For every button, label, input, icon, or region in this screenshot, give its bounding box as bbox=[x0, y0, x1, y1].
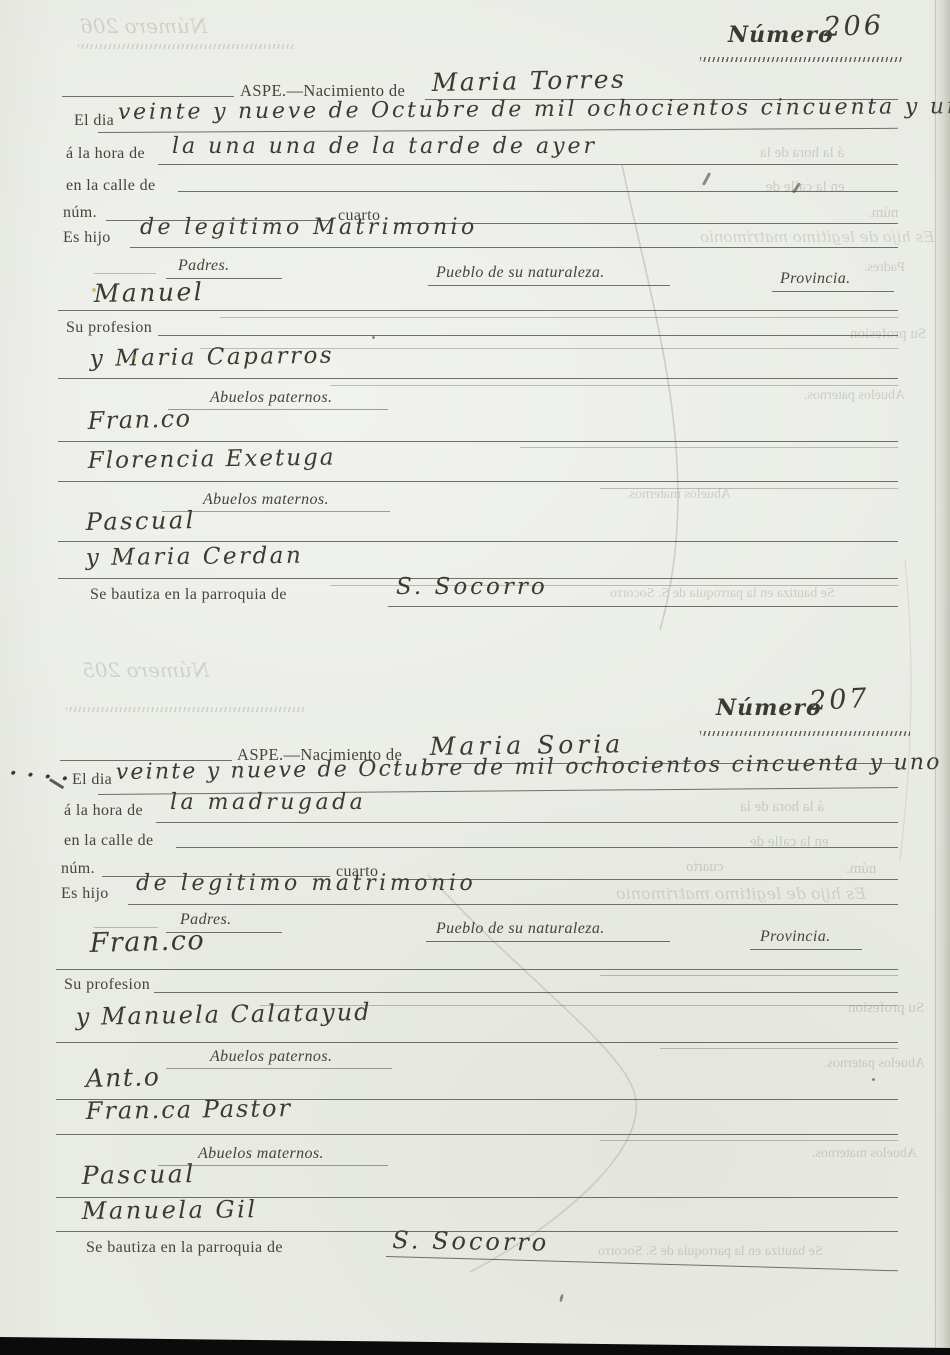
ghost-squiggle bbox=[66, 707, 304, 712]
ghost-squiggle bbox=[78, 44, 296, 49]
bleedthrough-text: Se bautiza en la parroquia de S. Socorro bbox=[598, 1244, 823, 1260]
ruled-line bbox=[600, 1140, 898, 1141]
record1-abuela-paterna-value: Florencia Exetuga bbox=[88, 445, 336, 474]
num-label: núm. bbox=[63, 204, 97, 222]
record1-padre-value: Manuel bbox=[93, 277, 204, 308]
pueblo-header: Pueblo de su naturaleza. bbox=[436, 264, 605, 282]
ruled-line bbox=[750, 949, 862, 950]
bleedthrough-text: Abuelos maternos. bbox=[626, 487, 731, 503]
ruled-line bbox=[58, 481, 898, 482]
record1-abuela-materna-value: y Maria Cerdan bbox=[86, 543, 304, 571]
ruled-line bbox=[168, 409, 388, 410]
ruled-line bbox=[600, 975, 898, 976]
bleedthrough-text: Número 205 bbox=[82, 658, 209, 682]
ruled-line bbox=[58, 310, 898, 311]
a-la-hora-label: á la hora de bbox=[64, 802, 143, 820]
abuelos-maternos-header: Abuelos maternos. bbox=[203, 491, 329, 509]
record1-numero-value: 206 bbox=[823, 10, 885, 43]
a-la-hora-label: á la hora de bbox=[66, 145, 145, 163]
record1-hijo-de-value: de legitimo Matrimonio bbox=[140, 215, 478, 240]
record1-dia-value: veinte y nueve de Octubre de mil ochocie… bbox=[118, 94, 950, 125]
su-profesion-label: Su profesion bbox=[66, 319, 152, 337]
record2-abuela-materna-value: Manuela Gil bbox=[82, 1195, 258, 1225]
se-bautiza-label: Se bautiza en la parroquia de bbox=[86, 1239, 283, 1257]
ruled-line bbox=[220, 317, 898, 318]
record2-parroquia-value: S. Socorro bbox=[392, 1226, 549, 1257]
numero-underline bbox=[700, 57, 902, 62]
ruled-line bbox=[56, 1042, 898, 1043]
abuelos-paternos-header: Abuelos paternos. bbox=[210, 1048, 332, 1066]
record2-abuelo-materno-value: Pascual bbox=[81, 1159, 195, 1190]
ruled-line bbox=[162, 511, 390, 512]
record1-parroquia-value: S. Socorro bbox=[396, 574, 548, 600]
record1-nombre-value: Maria Torres bbox=[431, 65, 626, 97]
ruled-line bbox=[56, 969, 898, 970]
ruled-line bbox=[58, 541, 898, 542]
provincia-header: Provincia. bbox=[780, 270, 851, 288]
es-hijo-label: Es hijo bbox=[63, 229, 111, 247]
ink-speck bbox=[559, 1294, 564, 1303]
record2-abuelo-paterno-value: Ant.o bbox=[85, 1062, 160, 1093]
ruled-line bbox=[128, 904, 898, 905]
ruled-line bbox=[58, 441, 898, 442]
ruled-line bbox=[176, 847, 898, 848]
bleedthrough-text: Es hijo de legitimo matrimonio bbox=[616, 884, 866, 903]
bleedthrough-text: á la hora de la bbox=[760, 145, 844, 162]
record1-hora-value: la una una de la tarde de ayer bbox=[172, 134, 597, 159]
bleedthrough-text: á la hora de la bbox=[740, 799, 824, 816]
num-label: núm. bbox=[61, 860, 95, 878]
ruled-line bbox=[428, 285, 670, 286]
ruled-line bbox=[158, 335, 898, 336]
record2-numero-value: 207 bbox=[808, 683, 870, 717]
ruled-line bbox=[330, 385, 898, 386]
ruled-line bbox=[56, 1134, 898, 1135]
bleedthrough-text: Abuelos maternos. bbox=[812, 1146, 917, 1162]
provincia-header: Provincia. bbox=[760, 928, 831, 946]
padres-header: Padres. bbox=[178, 257, 230, 275]
ruled-line bbox=[178, 191, 898, 192]
bleedthrough-text: en la calle de bbox=[750, 834, 829, 851]
ruled-line bbox=[62, 96, 234, 97]
bleedthrough-text: Es hijo de legitimo matrimonio bbox=[700, 228, 934, 246]
es-hijo-label: Es hijo bbox=[61, 885, 109, 903]
ruled-line bbox=[130, 247, 898, 248]
numero-underline bbox=[700, 731, 910, 736]
ink-speck bbox=[872, 1078, 875, 1081]
el-dia-label: El dia bbox=[74, 112, 114, 130]
scanner-background-bottom bbox=[0, 1333, 950, 1355]
bleedthrough-text: Número 206 bbox=[80, 14, 207, 38]
bleedthrough-text: Se bautiza en la parroquia de S. Socorro bbox=[610, 586, 835, 602]
record2-hora-value: la madrugada bbox=[170, 790, 366, 815]
bleedthrough-text: Abuelos paternos. bbox=[804, 388, 905, 404]
ruled-line bbox=[426, 941, 670, 942]
bleedthrough-text: núm. bbox=[868, 205, 898, 222]
bleedthrough-text: en la calle de bbox=[766, 179, 845, 196]
abuelos-paternos-header: Abuelos paternos. bbox=[210, 389, 332, 407]
ruled-line bbox=[156, 822, 898, 823]
ruled-line bbox=[772, 291, 894, 292]
record1-abuelo-paterno-value: Fran.co bbox=[87, 404, 192, 435]
ruled-line bbox=[660, 1048, 898, 1049]
en-la-calle-label: en la calle de bbox=[64, 832, 154, 850]
ruled-line bbox=[98, 128, 898, 133]
paper-stain bbox=[132, 355, 136, 359]
ruled-line bbox=[520, 447, 898, 448]
ruled-line bbox=[154, 992, 898, 993]
abuelos-maternos-header: Abuelos maternos. bbox=[198, 1145, 324, 1163]
bleedthrough-text: Su profesion bbox=[848, 1000, 924, 1017]
record2-abuela-paterna-value: Fran.ca Pastor bbox=[86, 1094, 293, 1125]
ink-speck bbox=[372, 336, 375, 339]
en-la-calle-label: en la calle de bbox=[66, 177, 156, 195]
record2-madre-value: y Manuela Calatayud bbox=[76, 998, 372, 1031]
ruled-line bbox=[158, 164, 898, 165]
page-right-edge-line bbox=[935, 0, 936, 1355]
record2-hijo-de-value: de legitimo matrimonio bbox=[136, 871, 476, 896]
ruled-line bbox=[94, 273, 156, 274]
bleedthrough-text: Padres. bbox=[864, 260, 905, 276]
se-bautiza-label: Se bautiza en la parroquia de bbox=[90, 586, 287, 604]
pueblo-header: Pueblo de su naturaleza. bbox=[436, 920, 605, 938]
record1-abuelo-materno-value: Pascual bbox=[86, 506, 197, 536]
bleedthrough-text: Abuelos paternos. bbox=[824, 1056, 925, 1072]
paper-stain bbox=[92, 288, 96, 292]
register-page: Número 206á la hora de laen la calle den… bbox=[0, 0, 950, 1355]
numero-label: Número bbox=[728, 22, 834, 48]
bleedthrough-text: núm. bbox=[846, 861, 876, 878]
su-profesion-label: Su profesion bbox=[64, 976, 150, 994]
record2-padre-value: Fran.co bbox=[89, 925, 205, 959]
ruled-line bbox=[388, 606, 898, 607]
ruled-line bbox=[58, 378, 898, 379]
ruled-line bbox=[166, 1068, 392, 1069]
record1-madre-value: y Maria Caparros bbox=[90, 343, 335, 372]
ink-speck bbox=[702, 172, 711, 186]
ruled-line bbox=[600, 488, 898, 489]
el-dia-label: El dia bbox=[72, 771, 112, 789]
numero-label: Número bbox=[716, 695, 822, 721]
bleedthrough-text: cuarto bbox=[686, 859, 723, 876]
